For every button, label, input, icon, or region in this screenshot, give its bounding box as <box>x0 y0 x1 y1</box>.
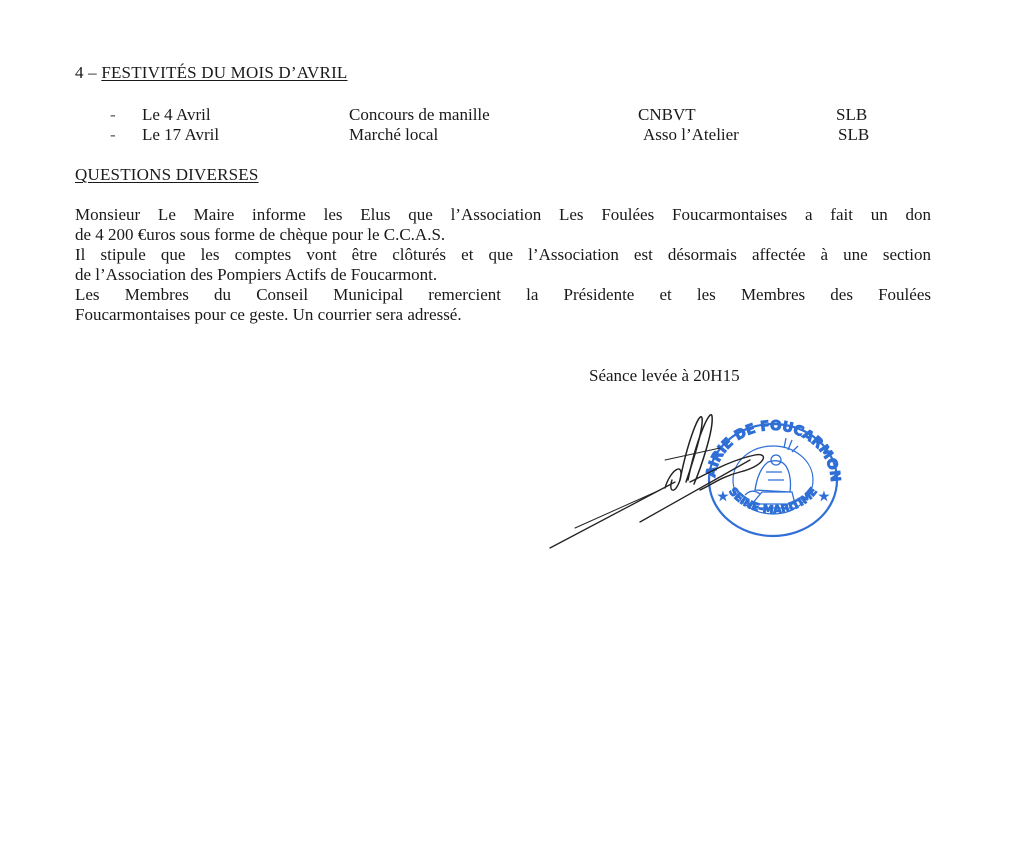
document-page: 4 – FESTIVITÉS DU MOIS D’AVRIL - Le 4 Av… <box>0 0 1024 868</box>
paragraph-line: de 4 200 €uros sous forme de chèque pour… <box>75 225 931 245</box>
signature-block: MAIRIE DE FOUCARMONT SEINE-MARITIME ★ ★ <box>540 400 860 560</box>
event-organizer: CNBVT <box>638 105 696 125</box>
event-organizer: Asso l’Atelier <box>643 125 739 145</box>
municipal-stamp-icon: MAIRIE DE FOUCARMONT SEINE-MARITIME ★ ★ <box>540 400 843 536</box>
session-closing: Séance levée à 20H15 <box>589 366 740 386</box>
event-activity: Concours de manille <box>349 105 490 125</box>
event-date: Le 4 Avril <box>142 105 211 125</box>
paragraph-line: Les Membres du Conseil Municipal remerci… <box>75 285 931 305</box>
paragraph-line: Foucarmontaises pour ce geste. Un courri… <box>75 305 931 325</box>
event-bullet: - <box>110 125 116 145</box>
event-date: Le 17 Avril <box>142 125 219 145</box>
event-bullet: - <box>110 105 116 125</box>
svg-text:SEINE-MARITIME: SEINE-MARITIME <box>726 485 820 517</box>
event-activity: Marché local <box>349 125 438 145</box>
event-row: - Le 4 Avril Concours de manille CNBVT S… <box>0 105 1024 127</box>
questions-heading: QUESTIONS DIVERSES <box>75 165 259 185</box>
paragraph-line: Il stipule que les comptes vont être clô… <box>75 245 931 265</box>
paragraph-line: Monsieur Le Maire informe les Elus que l… <box>75 205 931 225</box>
event-row: - Le 17 Avril Marché local Asso l’Atelie… <box>0 125 1024 147</box>
section-number: 4 – <box>75 63 97 82</box>
event-venue: SLB <box>838 125 869 145</box>
svg-text:MAIRIE DE FOUCARMONT: MAIRIE DE FOUCARMONT <box>540 400 843 483</box>
signature-and-stamp: MAIRIE DE FOUCARMONT SEINE-MARITIME ★ ★ <box>540 400 860 560</box>
event-venue: SLB <box>836 105 867 125</box>
paragraph-line: de l’Association des Pompiers Actifs de … <box>75 265 931 285</box>
section-heading: 4 – FESTIVITÉS DU MOIS D’AVRIL <box>75 63 348 83</box>
svg-text:★: ★ <box>718 490 728 503</box>
section-title: FESTIVITÉS DU MOIS D’AVRIL <box>101 63 347 82</box>
questions-paragraph: Monsieur Le Maire informe les Elus que l… <box>75 205 931 325</box>
svg-text:★: ★ <box>819 490 829 503</box>
